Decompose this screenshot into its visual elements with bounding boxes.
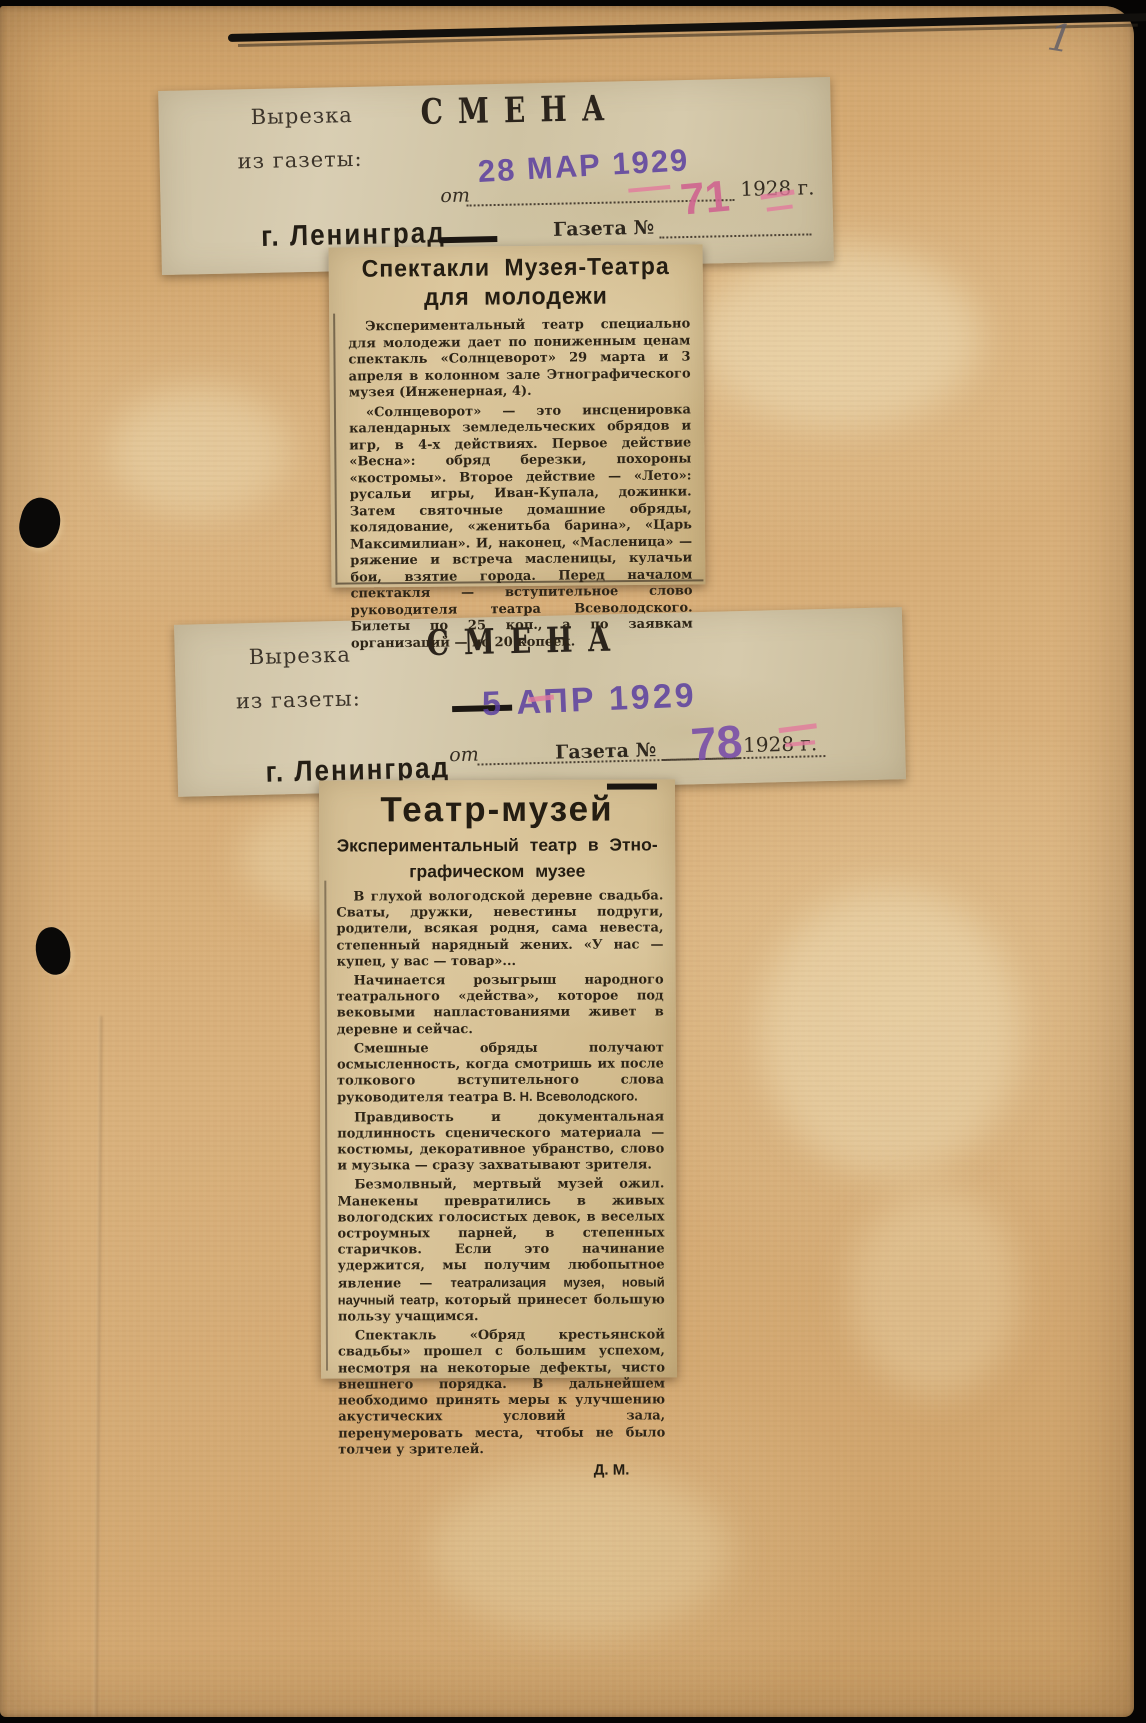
emphasized-name: В. Н. Всеволодского. bbox=[503, 1089, 638, 1104]
article-2-subtitle-line2: графическом музее bbox=[319, 855, 675, 882]
article-paragraph: Начинается розыгрыш народного театрально… bbox=[337, 972, 664, 1038]
paper-stain bbox=[760, 886, 1020, 1176]
cut-from-line1: Вырезка bbox=[250, 103, 353, 129]
paper-stain bbox=[850, 1186, 1020, 1396]
paper-stain bbox=[700, 246, 980, 426]
paper-stain bbox=[430, 1466, 730, 1636]
article-2-subtitle-line1: Экспериментальный театр в Этно- bbox=[319, 829, 675, 856]
article-paragraph: Спектакль «Обряд крестьянской свадьбы» п… bbox=[338, 1328, 665, 1459]
article-paragraph: Смешные обряды получают осмысленность, к… bbox=[337, 1040, 664, 1107]
article-paragraph: Правдивость и документальная подлинность… bbox=[337, 1109, 664, 1175]
article-1-headline-line2: для молодежи bbox=[329, 280, 703, 314]
article-paragraph: В глухой вологодской деревне свадьба. Св… bbox=[336, 888, 663, 970]
paper-stain bbox=[110, 386, 290, 516]
article-2-body: В глухой вологодской деревне свадьба. Св… bbox=[319, 881, 677, 1479]
fold-crease bbox=[94, 1016, 103, 1716]
column-rules bbox=[333, 310, 703, 584]
news-article-2: Театр-музей Экспериментальный театр в Эт… bbox=[319, 779, 677, 1378]
cut-from-line2: из газеты: bbox=[237, 147, 362, 174]
scan-background: 1 Вырезка из газеты: СМЕНА 28 МАР 1929 о… bbox=[0, 0, 1146, 1723]
issue-dotted-line bbox=[659, 209, 812, 238]
issue-dotted-line bbox=[663, 731, 826, 761]
date-stamp: 5 АПР 1929 bbox=[481, 676, 697, 724]
article-paragraph: Безмолвный, мертвый музей ожил. Манекены… bbox=[337, 1177, 665, 1326]
issue-label: Газета № bbox=[555, 739, 657, 763]
news-article-1: Спектакли Музея-Театра для молодежи Эксп… bbox=[329, 244, 706, 587]
issue-label: Газета № bbox=[553, 217, 654, 241]
newsprint-dash bbox=[439, 236, 497, 243]
issue-number: 78 bbox=[689, 714, 744, 772]
article-signature: Д. М. bbox=[338, 1460, 665, 1479]
date-from-label: от bbox=[449, 744, 479, 767]
headline-dash bbox=[607, 783, 657, 789]
cut-from-line2: из газеты: bbox=[236, 686, 361, 713]
newspaper-masthead: СМЕНА bbox=[420, 87, 620, 132]
